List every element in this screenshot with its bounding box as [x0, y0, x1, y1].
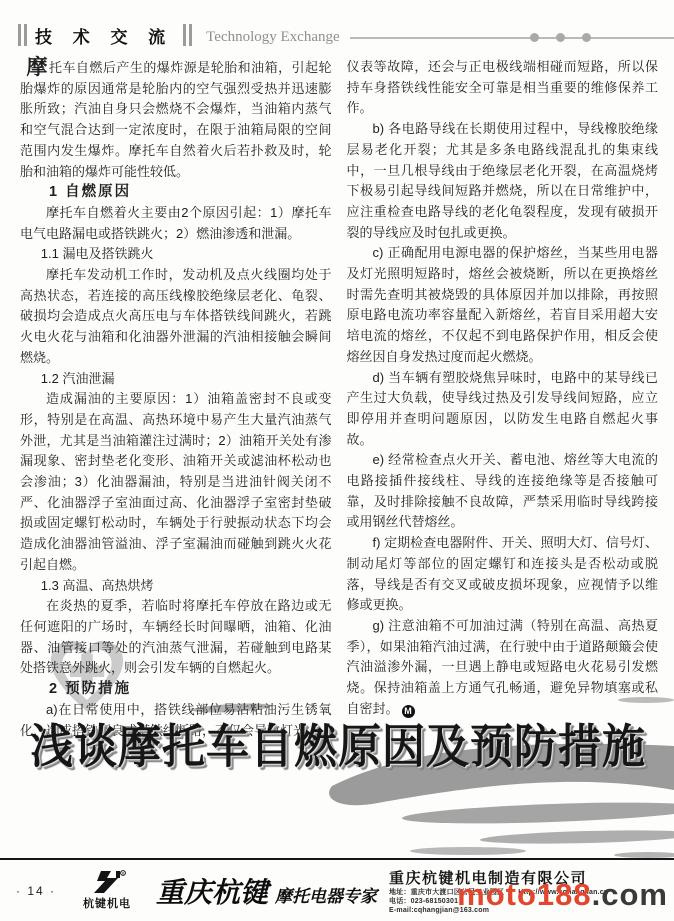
- subsection-heading: 1.2 汽油泄漏: [20, 369, 332, 390]
- header-bars-mid-icon: [183, 24, 192, 46]
- article-title: 浅谈摩托车自燃原因及预防措施: [30, 711, 662, 777]
- paragraph: 仪表等故障，还会与正电极线端相碰而短路，所以保持车身搭铁线性能安全可靠是相当重要…: [347, 57, 659, 119]
- hangjian-logo-icon: R: [87, 870, 127, 894]
- paragraph: 造成漏油的主要原因：1）油箱盖密封不良或变形，特别是在高温、高热环境中易产生大量…: [20, 389, 332, 575]
- company-phone: 电话：023-68150301: [389, 898, 458, 905]
- paragraph: 摩托车发动机工作时，发动机及点火线圈均处于高热状态，若连接的高压线橡胶绝缘层老化…: [20, 265, 332, 369]
- rule-dot-icon: [530, 33, 539, 42]
- paragraph: 摩托车自燃着火主要由2个原因引起：1）摩托车电气电路漏电或搭铁跳火；2）燃油渗透…: [20, 203, 332, 244]
- subsection-heading: 1.1 漏电及搭铁跳火: [20, 244, 332, 265]
- paragraph: b) 各电路导线在长期使用过程中，导线橡胶绝缘层易老化开裂；尤其是多条电路线混乱…: [347, 119, 659, 243]
- svg-text:R: R: [122, 872, 125, 876]
- brand-name: 重庆杭键: [156, 871, 268, 911]
- section-title-en: Technology Exchange: [206, 29, 339, 46]
- site-watermark: moto188.com: [457, 877, 668, 913]
- article-body: 摩托车自燃后产生的爆炸源是轮胎和油箱，引起轮胎爆炸的原因通常是轮胎内的空气强烈受…: [20, 57, 658, 741]
- paragraph: 在炎热的夏季，若临时将摩托车停放在路边或无任何遮阳的广场时，车辆经长时间曝晒，油…: [20, 596, 332, 679]
- site-watermark-tld: .com: [592, 877, 668, 912]
- header-bars-left-icon: [18, 24, 27, 46]
- left-column: 摩托车自燃后产生的爆炸源是轮胎和油箱，引起轮胎爆炸的原因通常是轮胎内的空气强烈受…: [20, 57, 332, 741]
- drop-cap: 摩: [27, 56, 49, 79]
- paragraph-text: g) 注意油箱不可加油过满（特别在高温、高热夏季），如果油箱汽油过满，在行驶中由…: [347, 618, 659, 716]
- brand-slogan: 重庆杭键 摩托电器专家: [156, 871, 377, 911]
- logo-caption: 杭键机电: [83, 895, 131, 911]
- page-number: · 14 ·: [0, 884, 72, 898]
- section-title-cn: 技 术 交 流: [35, 23, 173, 48]
- header-rule: [350, 37, 674, 39]
- magazine-page: 技 术 交 流 Technology Exchange 摩托车自燃后产生的爆炸源…: [0, 0, 674, 921]
- subsection-heading: 1.3 高温、高热烘烤: [20, 576, 332, 597]
- paragraph: e) 经常检查点火开关、蓄电池、熔丝等大电流的电路接插件接线柱、导线的连接绝缘等…: [347, 450, 659, 533]
- paragraph: c) 正确配用电源电器的保护熔丝，当某些用电器及灯光照明短路时，熔丝会被烧断，所…: [347, 243, 659, 367]
- section-heading: 2 预防措施: [20, 679, 332, 700]
- right-column: 仪表等故障，还会与正电极线端相碰而短路，所以保持车身搭铁线性能安全可靠是相当重要…: [347, 57, 659, 741]
- paragraph: d) 当车辆有塑胶烧焦异味时，电路中的某导线已产生过大负载，使导线过热及引发导线…: [347, 368, 659, 451]
- rule-dot-icon: [582, 33, 591, 42]
- paragraph-text: 托车自燃后产生的爆炸源是轮胎和油箱，引起轮胎爆炸的原因通常是轮胎内的空气强烈受热…: [20, 60, 332, 179]
- paragraph: f) 定期检查电器附件、开关、照明大灯、信号灯、制动尾灯等部位的固定螺钉和连接头…: [347, 533, 659, 616]
- page-header: 技 术 交 流 Technology Exchange: [18, 20, 674, 50]
- section-heading: 1 自燃原因: [20, 182, 332, 203]
- paragraph: 摩托车自燃后产生的爆炸源是轮胎和油箱，引起轮胎爆炸的原因通常是轮胎内的空气强烈受…: [20, 57, 332, 182]
- paragraph: g) 注意油箱不可加油过满（特别在高温、高热夏季），如果油箱汽油过满，在行驶中由…: [347, 616, 659, 720]
- rule-dot-icon: [556, 33, 565, 42]
- company-logo: R 杭键机电: [72, 870, 142, 911]
- brand-tagline: 摩托电器专家: [275, 882, 377, 907]
- site-watermark-name: moto188: [457, 877, 591, 912]
